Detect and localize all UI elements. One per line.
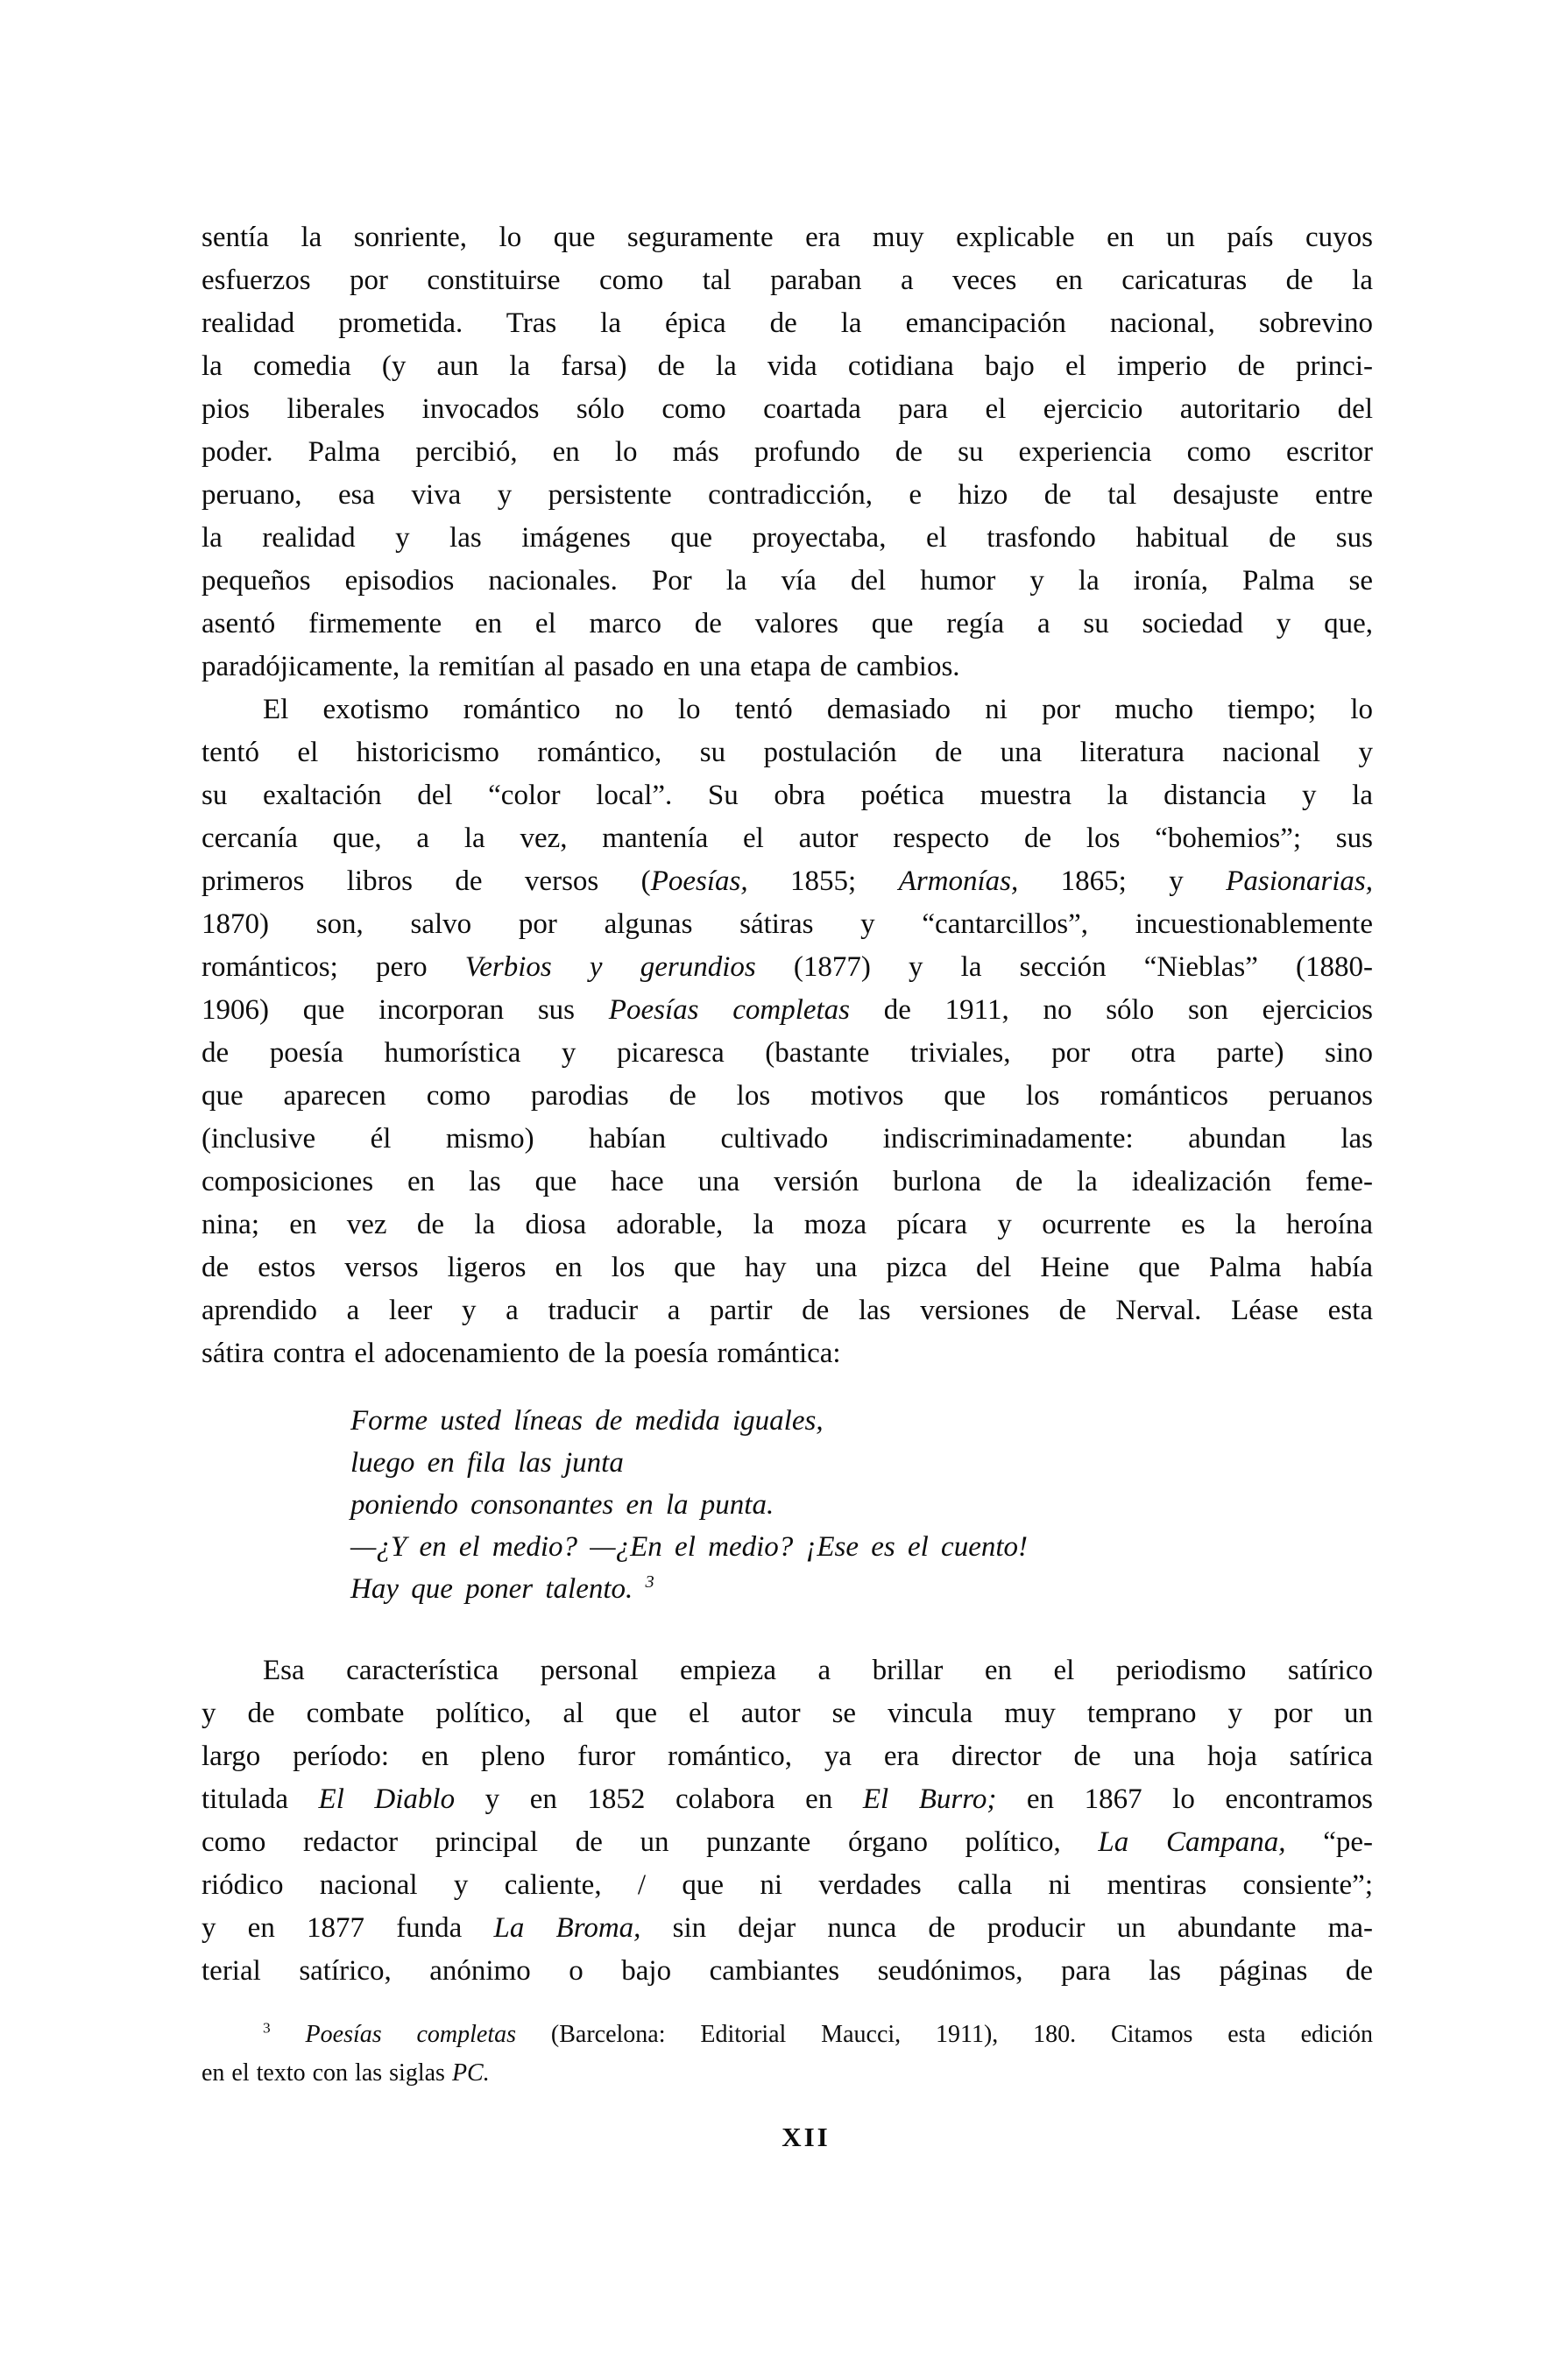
text-line: —¿Y en el medio? —¿En el medio? ¡Ese es … — [350, 1526, 1373, 1568]
text-block: sentía la sonriente, lo que seguramente … — [202, 216, 1373, 2093]
text-line: Esa característica personal empieza a br… — [202, 1649, 1373, 1692]
text-line: su exaltación del “color local”. Su obra… — [202, 774, 1373, 817]
text-line: Forme usted líneas de medida iguales, — [350, 1400, 1373, 1442]
text-line: de poesía humorística y picaresca (basta… — [202, 1032, 1373, 1075]
text-line: peruano, esa viva y persistente contradi… — [202, 474, 1373, 517]
text-line: aprendido a leer y a traducir a partir d… — [202, 1289, 1373, 1332]
text-line: que aparecen como parodias de los motivo… — [202, 1075, 1373, 1118]
text-line: asentó firmemente en el marco de valores… — [202, 603, 1373, 646]
paragraph-1: sentía la sonriente, lo que seguramente … — [202, 216, 1373, 689]
text-line: composiciones en las que hace una versió… — [202, 1161, 1373, 1204]
text-line: largo período: en pleno furor romántico,… — [202, 1735, 1373, 1778]
paragraph-2: El exotismo romántico no lo tentó demasi… — [202, 689, 1373, 1375]
paragraph-3: Esa característica personal empieza a br… — [202, 1649, 1373, 1993]
text-line: El exotismo romántico no lo tentó demasi… — [202, 689, 1373, 731]
page-number: XII — [56, 2122, 1556, 2153]
text-line: riódico nacional y caliente, / que ni ve… — [202, 1864, 1373, 1907]
text-line: cercanía que, a la vez, mantenía el auto… — [202, 817, 1373, 860]
text-line: sátira contra el adocenamiento de la poe… — [202, 1332, 1373, 1375]
text-line: 3 Poesías completas (Barcelona: Editoria… — [202, 2016, 1373, 2054]
text-line: sentía la sonriente, lo que seguramente … — [202, 216, 1373, 259]
text-line: pios liberales invocados sólo como coart… — [202, 388, 1373, 431]
text-line: como redactor principal de un punzante ó… — [202, 1821, 1373, 1864]
text-line: terial satírico, anónimo o bajo cambiant… — [202, 1950, 1373, 1993]
text-line: esfuerzos por constituirse como tal para… — [202, 259, 1373, 302]
text-line: y de combate político, al que el autor s… — [202, 1692, 1373, 1735]
text-line: románticos; pero Verbios y gerundios (18… — [202, 946, 1373, 989]
text-line: luego en fila las junta — [350, 1442, 1373, 1484]
text-line: poniendo consonantes en la punta. — [350, 1484, 1373, 1526]
poem-quotation: Forme usted líneas de medida iguales,lue… — [350, 1400, 1373, 1610]
text-line: la realidad y las imágenes que proyectab… — [202, 517, 1373, 560]
text-line: y en 1877 funda La Broma, sin dejar nunc… — [202, 1907, 1373, 1950]
text-line: titulada El Diablo y en 1852 colabora en… — [202, 1778, 1373, 1821]
text-line: la comedia (y aun la farsa) de la vida c… — [202, 345, 1373, 388]
text-line: en el texto con las siglas PC. — [202, 2054, 1373, 2093]
text-line: 1906) que incorporan sus Poesías complet… — [202, 989, 1373, 1032]
text-line: primeros libros de versos (Poesías, 1855… — [202, 860, 1373, 903]
footnote: 3 Poesías completas (Barcelona: Editoria… — [202, 2016, 1373, 2093]
text-line: paradójicamente, la remitían al pasado e… — [202, 646, 1373, 689]
text-line: realidad prometida. Tras la épica de la … — [202, 302, 1373, 345]
text-line: pequeños episodios nacionales. Por la ví… — [202, 560, 1373, 603]
text-line: de estos versos ligeros en los que hay u… — [202, 1246, 1373, 1289]
text-line: nina; en vez de la diosa adorable, la mo… — [202, 1204, 1373, 1246]
text-line: poder. Palma percibió, en lo más profund… — [202, 431, 1373, 474]
text-line: tentó el historicismo romántico, su post… — [202, 731, 1373, 774]
text-line: Hay que poner talento. 3 — [350, 1568, 1373, 1610]
text-line: (inclusive él mismo) habían cultivado in… — [202, 1118, 1373, 1161]
text-line: 1870) son, salvo por algunas sátiras y “… — [202, 903, 1373, 946]
book-page: sentía la sonriente, lo que seguramente … — [0, 0, 1556, 2380]
